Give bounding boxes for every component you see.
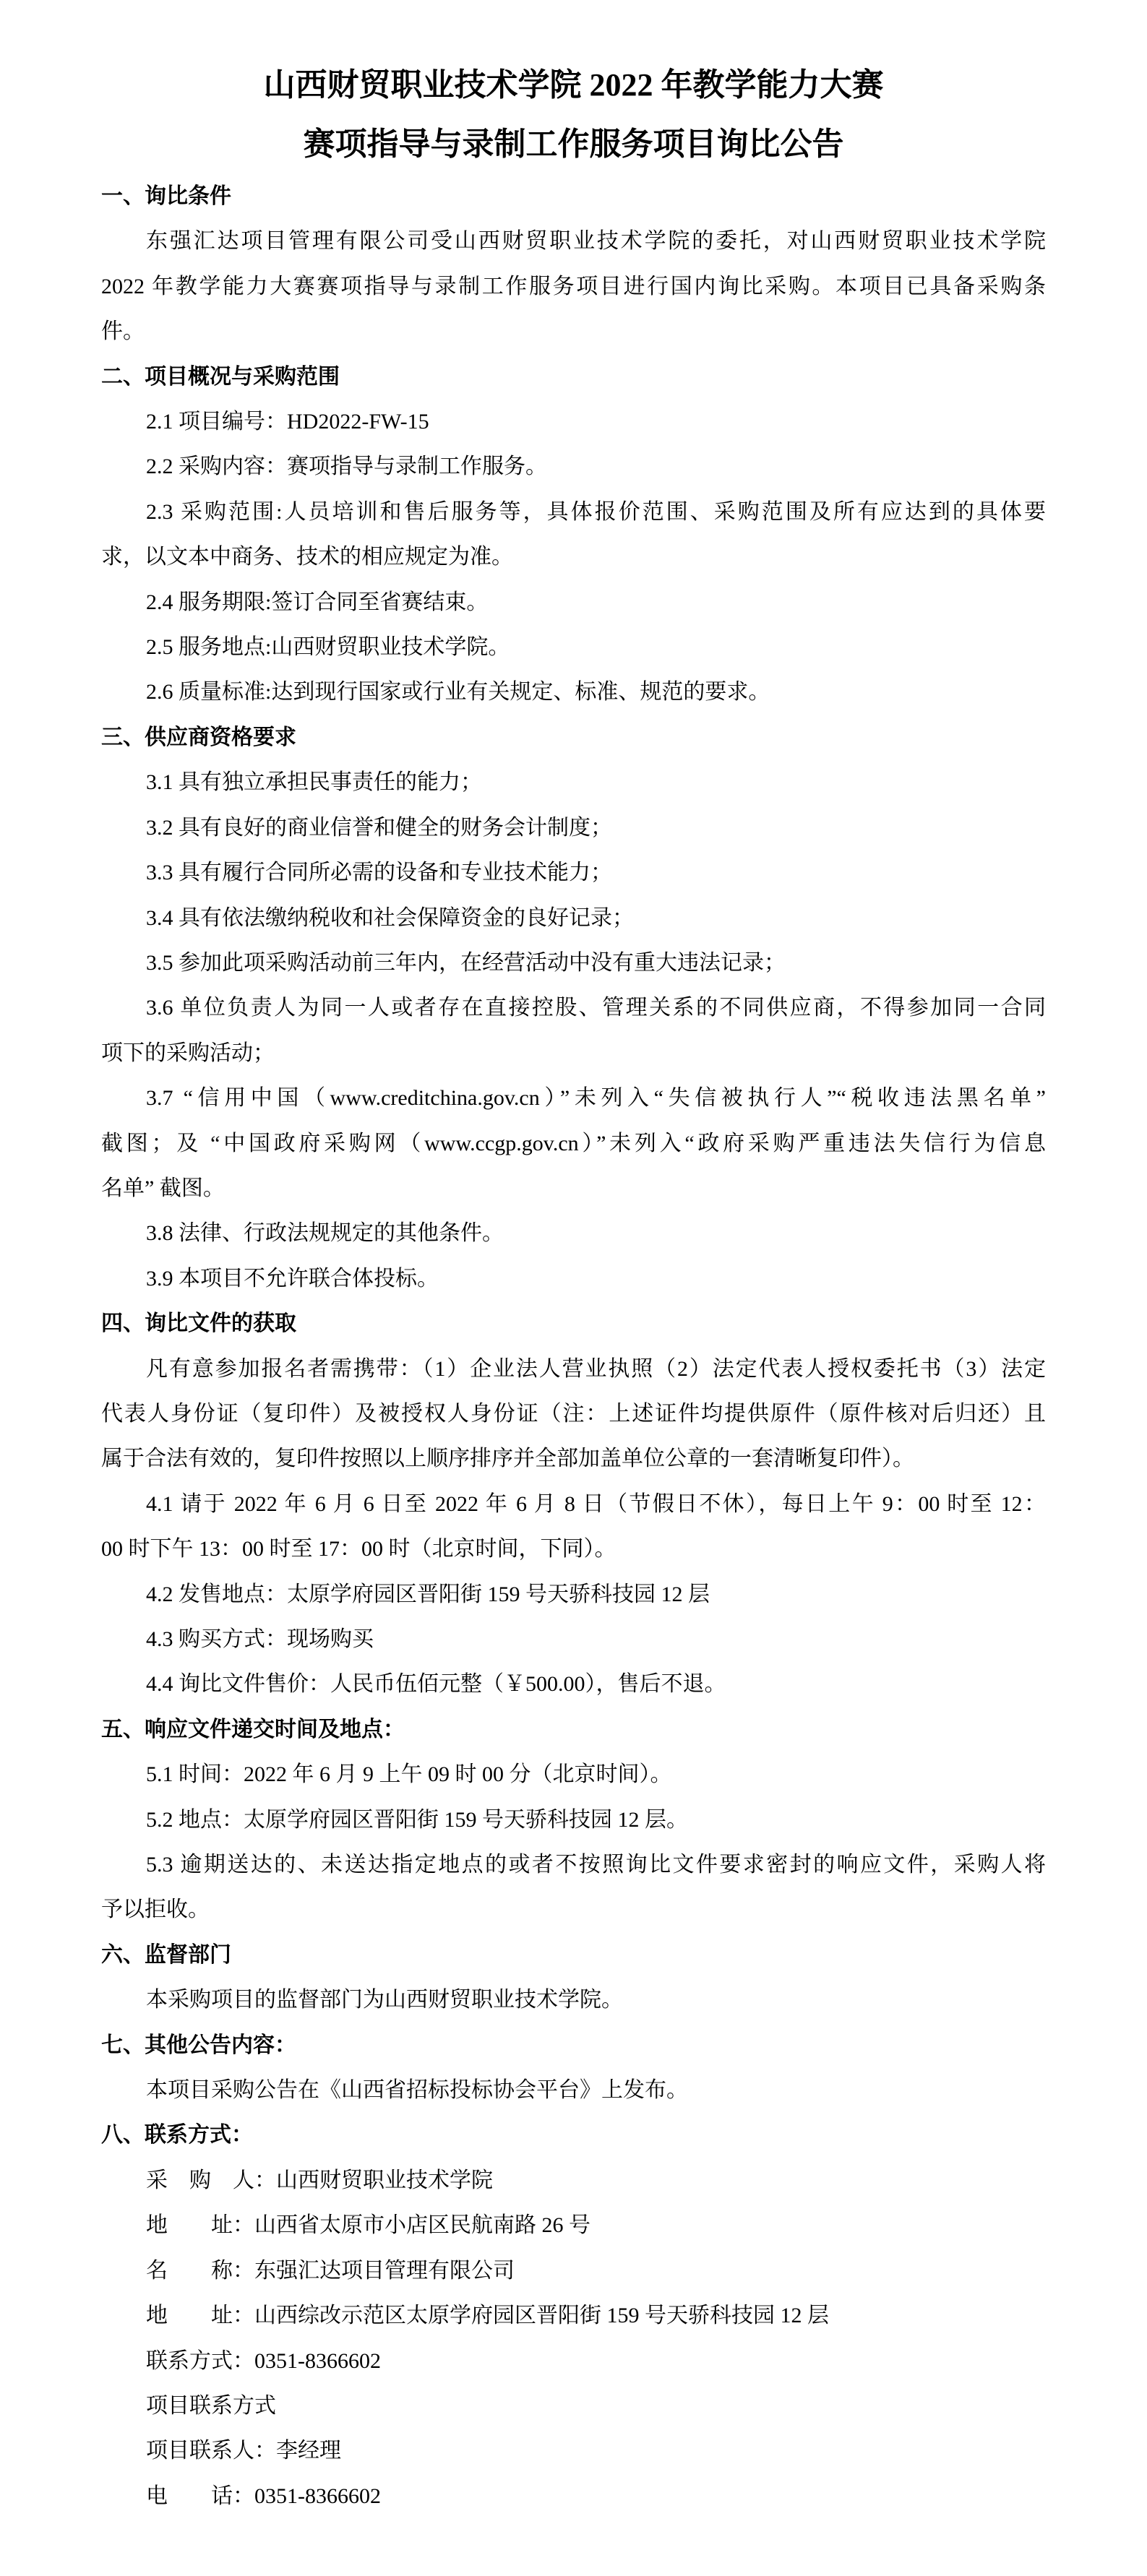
doc-line: 2.3 采购范围:人员培训和售后服务等，具体报价范围、采购范围及所有应达到的具体… — [101, 490, 1046, 535]
doc-line: 2.6 质量标准:达到现行国家或行业有关规定、标准、规范的要求。 — [101, 670, 1046, 715]
doc-line: 予以拒收。 — [101, 1887, 1046, 1932]
section-heading: 六、监督部门 — [101, 1933, 1046, 1978]
doc-line: 3.6 单位负责人为同一人或者存在直接控股、管理关系的不同供应商，不得参加同一合… — [101, 986, 1046, 1030]
document-page: 山西财贸职业技术学院 2022 年教学能力大赛 赛项指导与录制工作服务项目询比公… — [0, 0, 1147, 2576]
doc-line: 本项目采购公告在《山西省招标投标协会平台》上发布。 — [101, 2068, 1046, 2113]
doc-line: 名单” 截图。 — [101, 1166, 1046, 1211]
section-heading: 三、供应商资格要求 — [101, 715, 1046, 760]
doc-body: 一、询比条件东强汇达项目管理有限公司受山西财贸职业技术学院的委托，对山西财贸职业… — [0, 174, 1147, 2519]
doc-line: 属于合法有效的，复印件按照以上顺序排序并全部加盖单位公章的一套清晰复印件）。 — [101, 1436, 1046, 1481]
section-heading: 五、响应文件递交时间及地点： — [101, 1707, 1046, 1752]
doc-line: 求，以文本中商务、技术的相应规定为准。 — [101, 535, 1046, 580]
doc-line: 项下的采购活动； — [101, 1031, 1046, 1076]
doc-line: 项目联系人：李经理 — [101, 2429, 1046, 2473]
doc-line: 00 时下午 13：00 时至 17：00 时（北京时间，下同）。 — [101, 1527, 1046, 1572]
doc-line: 4.1 请于 2022 年 6 月 6 日至 2022 年 6 月 8 日（节假… — [101, 1482, 1046, 1527]
doc-line: 东强汇达项目管理有限公司受山西财贸职业技术学院的委托，对山西财贸职业技术学院 — [101, 219, 1046, 264]
doc-line: 代表人身份证（复印件）及被授权人身份证（注：上述证件均提供原件（原件核对后归还）… — [101, 1392, 1046, 1436]
doc-line: 2.2 采购内容：赛项指导与录制工作服务。 — [101, 444, 1046, 489]
doc-line: 地 址：山西综改示范区太原学府园区晋阳街 159 号天骄科技园 12 层 — [101, 2293, 1046, 2338]
doc-line: 地 址：山西省太原市小店区民航南路 26 号 — [101, 2203, 1046, 2248]
doc-line: 3.1 具有独立承担民事责任的能力； — [101, 760, 1046, 805]
doc-line: 3.4 具有依法缴纳税收和社会保障资金的良好记录； — [101, 896, 1046, 941]
section-heading: 二、项目概况与采购范围 — [101, 355, 1046, 400]
doc-title-line-2: 赛项指导与录制工作服务项目询比公告 — [0, 115, 1147, 174]
doc-line: 联系方式：0351-8366602 — [101, 2339, 1046, 2384]
doc-line: 3.7 “信用中国（www.creditchina.gov.cn）”未列入“失信… — [101, 1076, 1046, 1121]
doc-line: 5.1 时间：2022 年 6 月 9 上午 09 时 00 分（北京时间）。 — [101, 1752, 1046, 1797]
doc-line: 2022 年教学能力大赛赛项指导与录制工作服务项目进行国内询比采购。本项目已具备… — [101, 264, 1046, 309]
doc-line: 4.2 发售地点：太原学府园区晋阳街 159 号天骄科技园 12 层 — [101, 1572, 1046, 1617]
doc-line: 件。 — [101, 309, 1046, 354]
doc-line: 5.3 逾期送达的、未送达指定地点的或者不按照询比文件要求密封的响应文件，采购人… — [101, 1843, 1046, 1887]
doc-line: 2.1 项目编号：HD2022-FW-15 — [101, 400, 1046, 444]
doc-line: 2.4 服务期限:签订合同至省赛结束。 — [101, 580, 1046, 625]
doc-line: 截图；及 “中国政府采购网（www.ccgp.gov.cn）”未列入“政府采购严… — [101, 1121, 1046, 1166]
doc-title-line-1: 山西财贸职业技术学院 2022 年教学能力大赛 — [0, 56, 1147, 115]
section-heading: 一、询比条件 — [101, 174, 1046, 219]
section-heading: 四、询比文件的获取 — [101, 1301, 1046, 1346]
doc-line: 5.2 地点：太原学府园区晋阳街 159 号天骄科技园 12 层。 — [101, 1798, 1046, 1843]
section-heading: 八、联系方式： — [101, 2113, 1046, 2158]
doc-line: 项目联系方式 — [101, 2384, 1046, 2429]
doc-line: 2.5 服务地点:山西财贸职业技术学院。 — [101, 625, 1046, 670]
doc-line: 采 购 人：山西财贸职业技术学院 — [101, 2158, 1046, 2203]
doc-line: 名 称：东强汇达项目管理有限公司 — [101, 2249, 1046, 2293]
doc-line: 本采购项目的监督部门为山西财贸职业技术学院。 — [101, 1978, 1046, 2023]
doc-line: 3.9 本项目不允许联合体投标。 — [101, 1257, 1046, 1301]
doc-line: 3.2 具有良好的商业信誉和健全的财务会计制度； — [101, 806, 1046, 850]
doc-line: 凡有意参加报名者需携带：（1）企业法人营业执照（2）法定代表人授权委托书（3）法… — [101, 1347, 1046, 1392]
doc-line: 4.4 询比文件售价：人民币伍佰元整（￥500.00），售后不退。 — [101, 1662, 1046, 1707]
section-heading: 七、其他公告内容： — [101, 2023, 1046, 2068]
doc-line: 3.5 参加此项采购活动前三年内，在经营活动中没有重大违法记录； — [101, 941, 1046, 986]
doc-line: 3.8 法律、行政法规规定的其他条件。 — [101, 1211, 1046, 1256]
doc-line: 电 话：0351-8366602 — [101, 2474, 1046, 2519]
doc-line: 3.3 具有履行合同所必需的设备和专业技术能力； — [101, 850, 1046, 895]
doc-line: 4.3 购买方式：现场购买 — [101, 1617, 1046, 1662]
